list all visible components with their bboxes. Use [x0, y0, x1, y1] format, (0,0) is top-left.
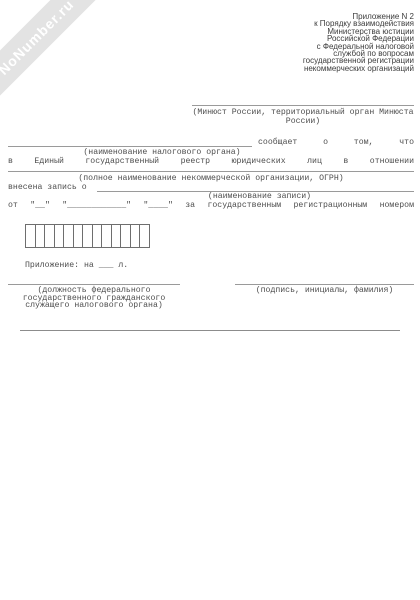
minjust-signature-line[interactable] — [192, 105, 414, 106]
document-page: NoNumber.ru Приложение N 2 к Порядку вза… — [0, 0, 420, 600]
record-name-field[interactable] — [97, 183, 414, 192]
organization-caption: (полное наименование некоммерческой орга… — [8, 174, 414, 183]
header-line: некоммерческих организаций — [303, 65, 414, 72]
tax-organ-caption: (наименование налогового органа) — [40, 148, 284, 157]
grn-cell[interactable] — [139, 224, 150, 248]
watermark-ribbon: NoNumber.ru — [0, 0, 118, 119]
soobshchaet-row: сообщает о том, что — [8, 138, 414, 147]
date-grn-text: от "__" "____________" "____" за государ… — [8, 201, 414, 210]
tax-organ-field[interactable] — [8, 138, 252, 147]
organization-field[interactable] — [8, 171, 414, 172]
position-signature-line[interactable] — [8, 284, 180, 285]
watermark-text: NoNumber.ru — [0, 0, 77, 78]
prilozhenie-text: Приложение: на ___ л. — [25, 261, 128, 270]
appendix-header: Приложение N 2 к Порядку взаимодействия … — [303, 13, 414, 72]
v-ediny-text: в Единый государственный реестр юридичес… — [8, 157, 414, 166]
vnesena-text: внесена запись о — [8, 183, 87, 192]
signature-left-block: (должность федерального государственного… — [8, 284, 180, 310]
footer-divider — [20, 330, 400, 331]
minjust-caption: (Минюст России, территориальный орган Ми… — [192, 108, 414, 126]
position-caption: (должность федерального государственного… — [8, 287, 180, 310]
signature-right-block: (подпись, инициалы, фамилия) — [235, 284, 414, 295]
record-name-caption: (наименование записи) — [105, 192, 414, 201]
minjust-block: (Минюст России, территориальный орган Ми… — [192, 105, 414, 126]
vnesena-row: внесена запись о — [8, 183, 414, 192]
soobshchaet-text: сообщает о том, что — [258, 138, 414, 147]
grn-boxes — [25, 224, 150, 248]
signature-line[interactable] — [235, 284, 414, 285]
signature-caption: (подпись, инициалы, фамилия) — [235, 287, 414, 295]
